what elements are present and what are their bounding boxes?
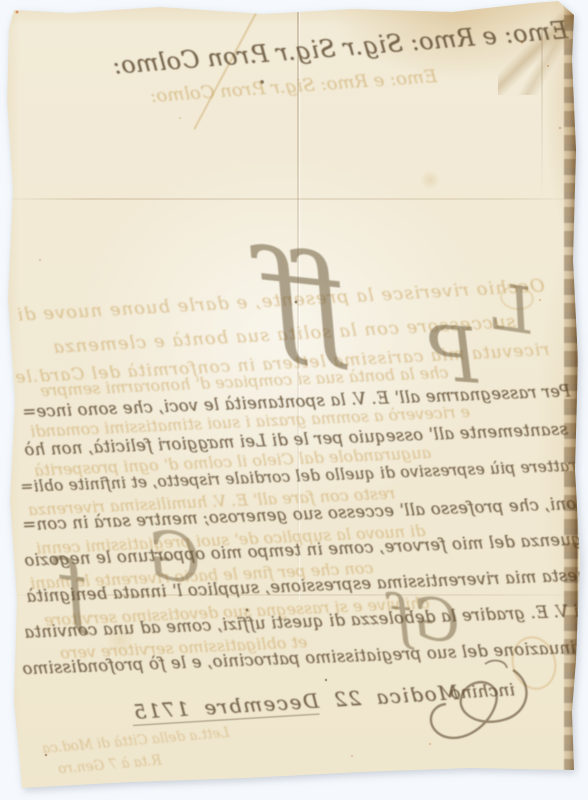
scan-viewport: Emo: e Rmo: Sig.r Sig.r P.ron Colmo: Emo…: [0, 0, 588, 800]
manuscript-page: Emo: e Rmo: Sig.r Sig.r P.ron Colmo: Emo…: [0, 0, 588, 800]
paper-shadow: Emo: e Rmo: Sig.r Sig.r P.ron Colmo: Emo…: [0, 0, 588, 800]
signature-flourish: [415, 656, 540, 756]
flourish-capital-center: ff: [257, 248, 352, 352]
flourish-loop-right: L: [487, 282, 536, 339]
flourish-loop-closing: Gf: [390, 593, 462, 645]
horizontal-fold-crease-upper: [0, 198, 588, 200]
flourish-capital-right: P: [426, 323, 481, 387]
browned-deckle-edge: [564, 0, 578, 776]
flourish-loop-midleft: G: [146, 530, 203, 587]
